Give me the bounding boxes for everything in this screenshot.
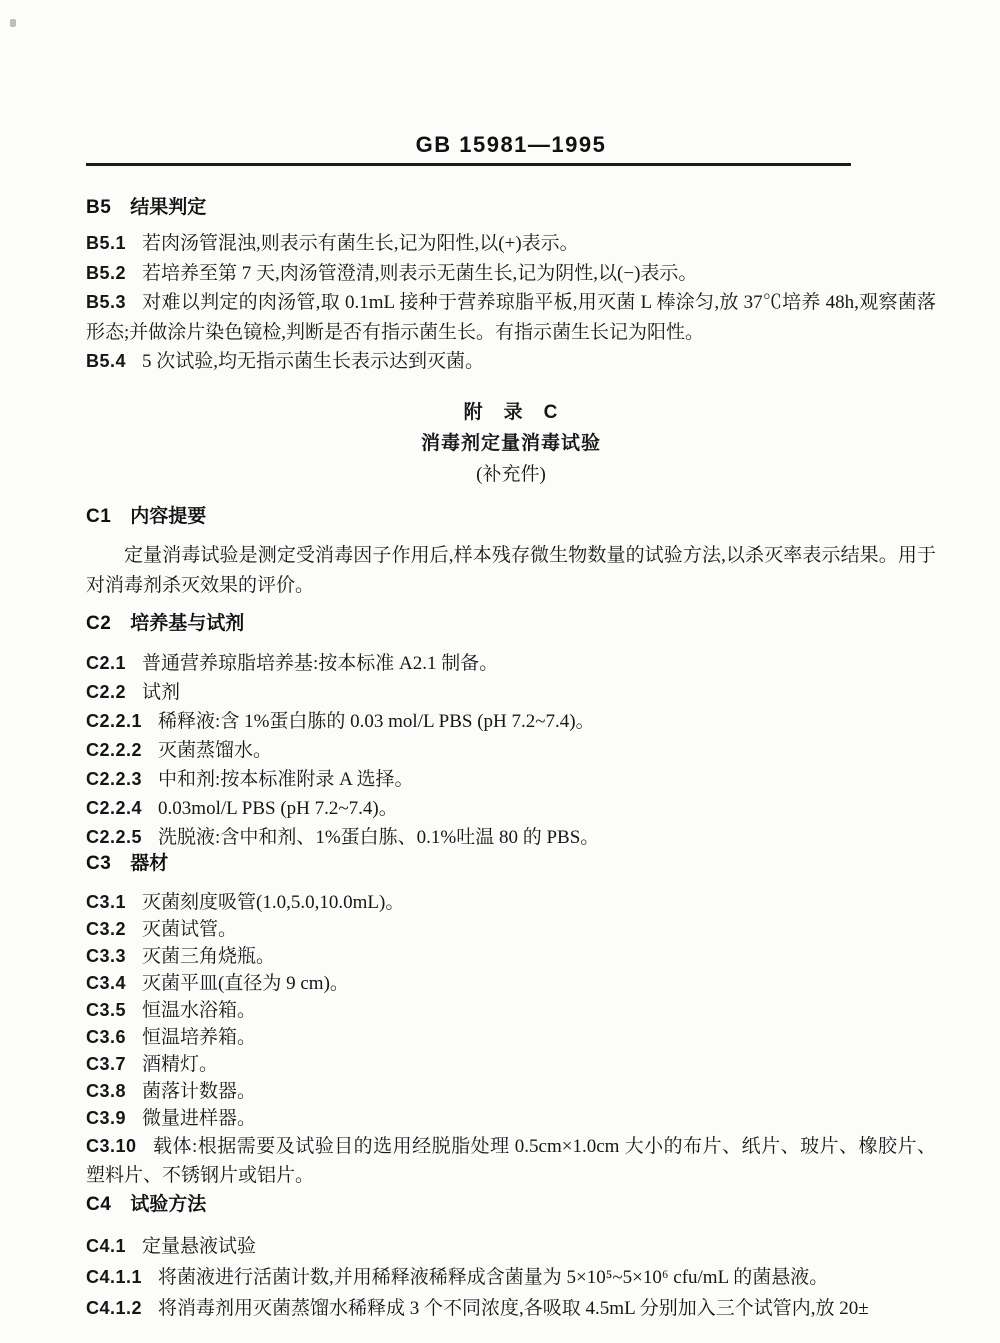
clause-c2-2-5: C2.2.5洗脱液:含中和剂、1%蛋白胨、0.1%吐温 80 的 PBS。 — [86, 823, 936, 852]
clause-label: B5.4 — [86, 351, 126, 371]
clause-b5-1: B5.1若肉汤管混浊,则表示有菌生长,记为阳性,以(+)表示。 — [86, 229, 936, 259]
clause-c3-6: C3.6恒温培养箱。 — [86, 1024, 936, 1051]
section-title: 器材 — [130, 853, 168, 874]
clause-label: C2.2 — [86, 682, 126, 702]
clause-label: C2.2.3 — [86, 769, 142, 789]
clause-c2-2: C2.2试剂 — [86, 678, 936, 707]
clause-label: C2.2.2 — [86, 740, 142, 760]
clause-text: 若培养至第 7 天,肉汤管澄清,则表示无菌生长,记为阴性,以(−)表示。 — [142, 263, 697, 284]
clause-text: 普通营养琼脂培养基:按本标准 A2.1 制备。 — [142, 653, 498, 674]
clause-text: 灭菌试管。 — [142, 919, 237, 940]
clause-label: B5.2 — [86, 263, 126, 283]
section-title: 结果判定 — [130, 197, 206, 218]
clause-c3-8: C3.8菌落计数器。 — [86, 1078, 936, 1105]
section-heading-b5: B5结果判定 — [86, 196, 936, 220]
clause-c4-1-2: C4.1.2将消毒剂用灭菌蒸馏水稀释成 3 个不同浓度,各吸取 4.5mL 分别… — [86, 1293, 936, 1324]
clause-label: C4.1.1 — [86, 1267, 142, 1287]
appendix-c-title-block: 附 录 C 消毒剂定量消毒试验 (补充件) — [86, 397, 936, 490]
appendix-subtitle: 消毒剂定量消毒试验 — [86, 428, 936, 459]
clause-text: 若肉汤管混浊,则表示有菌生长,记为阳性,以(+)表示。 — [142, 233, 579, 254]
clause-text: 酒精灯。 — [142, 1054, 218, 1075]
clause-label: C3.4 — [86, 973, 126, 993]
clause-label: C3.2 — [86, 919, 126, 939]
clause-label: C2.2.1 — [86, 711, 142, 731]
clause-label: C3.6 — [86, 1027, 126, 1047]
clause-label: B5.3 — [86, 292, 126, 312]
clause-label: B5.1 — [86, 233, 126, 253]
clause-c4-1-1: C4.1.1将菌液进行活菌计数,并用稀释液稀释成含菌量为 5×10⁵~5×10⁶… — [86, 1262, 936, 1293]
clause-c3-7: C3.7酒精灯。 — [86, 1051, 936, 1078]
clause-b5-3: B5.3对难以判定的肉汤管,取 0.1mL 接种于营养琼脂平板,用灭菌 L 棒涂… — [86, 288, 936, 347]
clause-c3-9: C3.9微量进样器。 — [86, 1105, 936, 1132]
clause-text: 灭菌蒸馏水。 — [158, 740, 272, 761]
clause-label: C3.9 — [86, 1108, 126, 1128]
section-b5-items: B5.1若肉汤管混浊,则表示有菌生长,记为阳性,以(+)表示。 B5.2若培养至… — [86, 229, 936, 377]
clause-text: 5 次试验,均无指示菌生长表示达到灭菌。 — [142, 351, 484, 372]
section-label: C4 — [86, 1194, 111, 1215]
clause-c2-2-1: C2.2.1稀释液:含 1%蛋白胨的 0.03 mol/L PBS (pH 7.… — [86, 707, 936, 736]
appendix-note: (补充件) — [86, 459, 936, 490]
clause-c4-1: C4.1定量悬液试验 — [86, 1231, 936, 1262]
clause-text: 载体:根据需要及试验目的选用经脱脂处理 0.5cm×1.0cm 大小的布片、纸片… — [86, 1136, 936, 1186]
clause-label: C4.1 — [86, 1236, 126, 1256]
clause-label: C4.1.2 — [86, 1298, 142, 1318]
section-heading-c4: C4试验方法 — [86, 1193, 936, 1217]
clause-label: C3.8 — [86, 1081, 126, 1101]
section-label: B5 — [86, 197, 111, 218]
clause-c2-1: C2.1普通营养琼脂培养基:按本标准 A2.1 制备。 — [86, 649, 936, 678]
section-label: C3 — [86, 853, 111, 874]
clause-label: C2.2.5 — [86, 827, 142, 847]
clause-c3-3: C3.3灭菌三角烧瓶。 — [86, 943, 936, 970]
clause-c2-2-3: C2.2.3中和剂:按本标准附录 A 选择。 — [86, 765, 936, 794]
appendix-title: 附 录 C — [86, 397, 936, 428]
clause-text: 中和剂:按本标准附录 A 选择。 — [158, 769, 413, 790]
clause-label: C2.1 — [86, 653, 126, 673]
section-title: 培养基与试剂 — [130, 613, 244, 634]
scan-speck — [10, 19, 16, 27]
clause-label: C3.5 — [86, 1000, 126, 1020]
clause-text: 试剂 — [142, 682, 180, 703]
clause-text: 将消毒剂用灭菌蒸馏水稀释成 3 个不同浓度,各吸取 4.5mL 分别加入三个试管… — [158, 1298, 869, 1319]
section-heading-c1: C1内容提要 — [86, 505, 936, 529]
clause-text: 对难以判定的肉汤管,取 0.1mL 接种于营养琼脂平板,用灭菌 L 棒涂匀,放 … — [86, 292, 936, 343]
clause-c2-2-4: C2.2.40.03mol/L PBS (pH 7.2~7.4)。 — [86, 794, 936, 823]
clause-text: 灭菌刻度吸管(1.0,5.0,10.0mL)。 — [142, 892, 404, 913]
clause-c3-5: C3.5恒温水浴箱。 — [86, 997, 936, 1024]
section-title: 内容提要 — [130, 506, 206, 527]
header-rule — [86, 163, 851, 166]
section-heading-c2: C2培养基与试剂 — [86, 612, 936, 636]
clause-b5-4: B5.45 次试验,均无指示菌生长表示达到灭菌。 — [86, 347, 936, 377]
clause-c2-2-2: C2.2.2灭菌蒸馏水。 — [86, 736, 936, 765]
standard-code: GB 15981—1995 — [86, 130, 936, 160]
section-c1-paragraph: 定量消毒试验是测定受消毒因子作用后,样本残存微生物数量的试验方法,以杀灭率表示结… — [86, 541, 936, 601]
clause-text: 定量悬液试验 — [142, 1236, 256, 1257]
section-c4-items: C4.1定量悬液试验 C4.1.1将菌液进行活菌计数,并用稀释液稀释成含菌量为 … — [86, 1231, 936, 1324]
clause-text: 0.03mol/L PBS (pH 7.2~7.4)。 — [158, 798, 398, 819]
clause-text: 恒温水浴箱。 — [142, 1000, 256, 1021]
clause-text: 将菌液进行活菌计数,并用稀释液稀释成含菌量为 5×10⁵~5×10⁶ cfu/m… — [158, 1267, 828, 1288]
clause-b5-2: B5.2若培养至第 7 天,肉汤管澄清,则表示无菌生长,记为阴性,以(−)表示。 — [86, 259, 936, 289]
clause-label: C3.7 — [86, 1054, 126, 1074]
clause-c3-2: C3.2灭菌试管。 — [86, 916, 936, 943]
clause-c3-1: C3.1灭菌刻度吸管(1.0,5.0,10.0mL)。 — [86, 889, 936, 916]
section-title: 试验方法 — [130, 1194, 206, 1215]
section-c2-items: C2.1普通营养琼脂培养基:按本标准 A2.1 制备。 C2.2试剂 C2.2.… — [86, 649, 936, 852]
section-c3-items: C3.1灭菌刻度吸管(1.0,5.0,10.0mL)。 C3.2灭菌试管。 C3… — [86, 889, 936, 1190]
clause-c3-10: C3.10载体:根据需要及试验目的选用经脱脂处理 0.5cm×1.0cm 大小的… — [86, 1132, 936, 1190]
section-label: C1 — [86, 506, 111, 527]
page-content: GB 15981—1995 B5结果判定 B5.1若肉汤管混浊,则表示有菌生长,… — [0, 0, 1000, 1324]
clause-label: C3.10 — [86, 1136, 137, 1156]
clause-text: 洗脱液:含中和剂、1%蛋白胨、0.1%吐温 80 的 PBS。 — [158, 827, 599, 848]
document-page: GB 15981—1995 B5结果判定 B5.1若肉汤管混浊,则表示有菌生长,… — [0, 0, 1000, 1343]
clause-text: 灭菌平皿(直径为 9 cm)。 — [142, 973, 349, 994]
clause-text: 灭菌三角烧瓶。 — [142, 946, 275, 967]
section-label: C2 — [86, 613, 111, 634]
clause-c3-4: C3.4灭菌平皿(直径为 9 cm)。 — [86, 970, 936, 997]
clause-text: 恒温培养箱。 — [142, 1027, 256, 1048]
clause-text: 菌落计数器。 — [142, 1081, 256, 1102]
clause-text: 微量进样器。 — [142, 1108, 256, 1129]
section-heading-c3: C3器材 — [86, 852, 936, 876]
clause-label: C2.2.4 — [86, 798, 142, 818]
clause-label: C3.1 — [86, 892, 126, 912]
clause-label: C3.3 — [86, 946, 126, 966]
clause-text: 稀释液:含 1%蛋白胨的 0.03 mol/L PBS (pH 7.2~7.4)… — [158, 711, 595, 732]
